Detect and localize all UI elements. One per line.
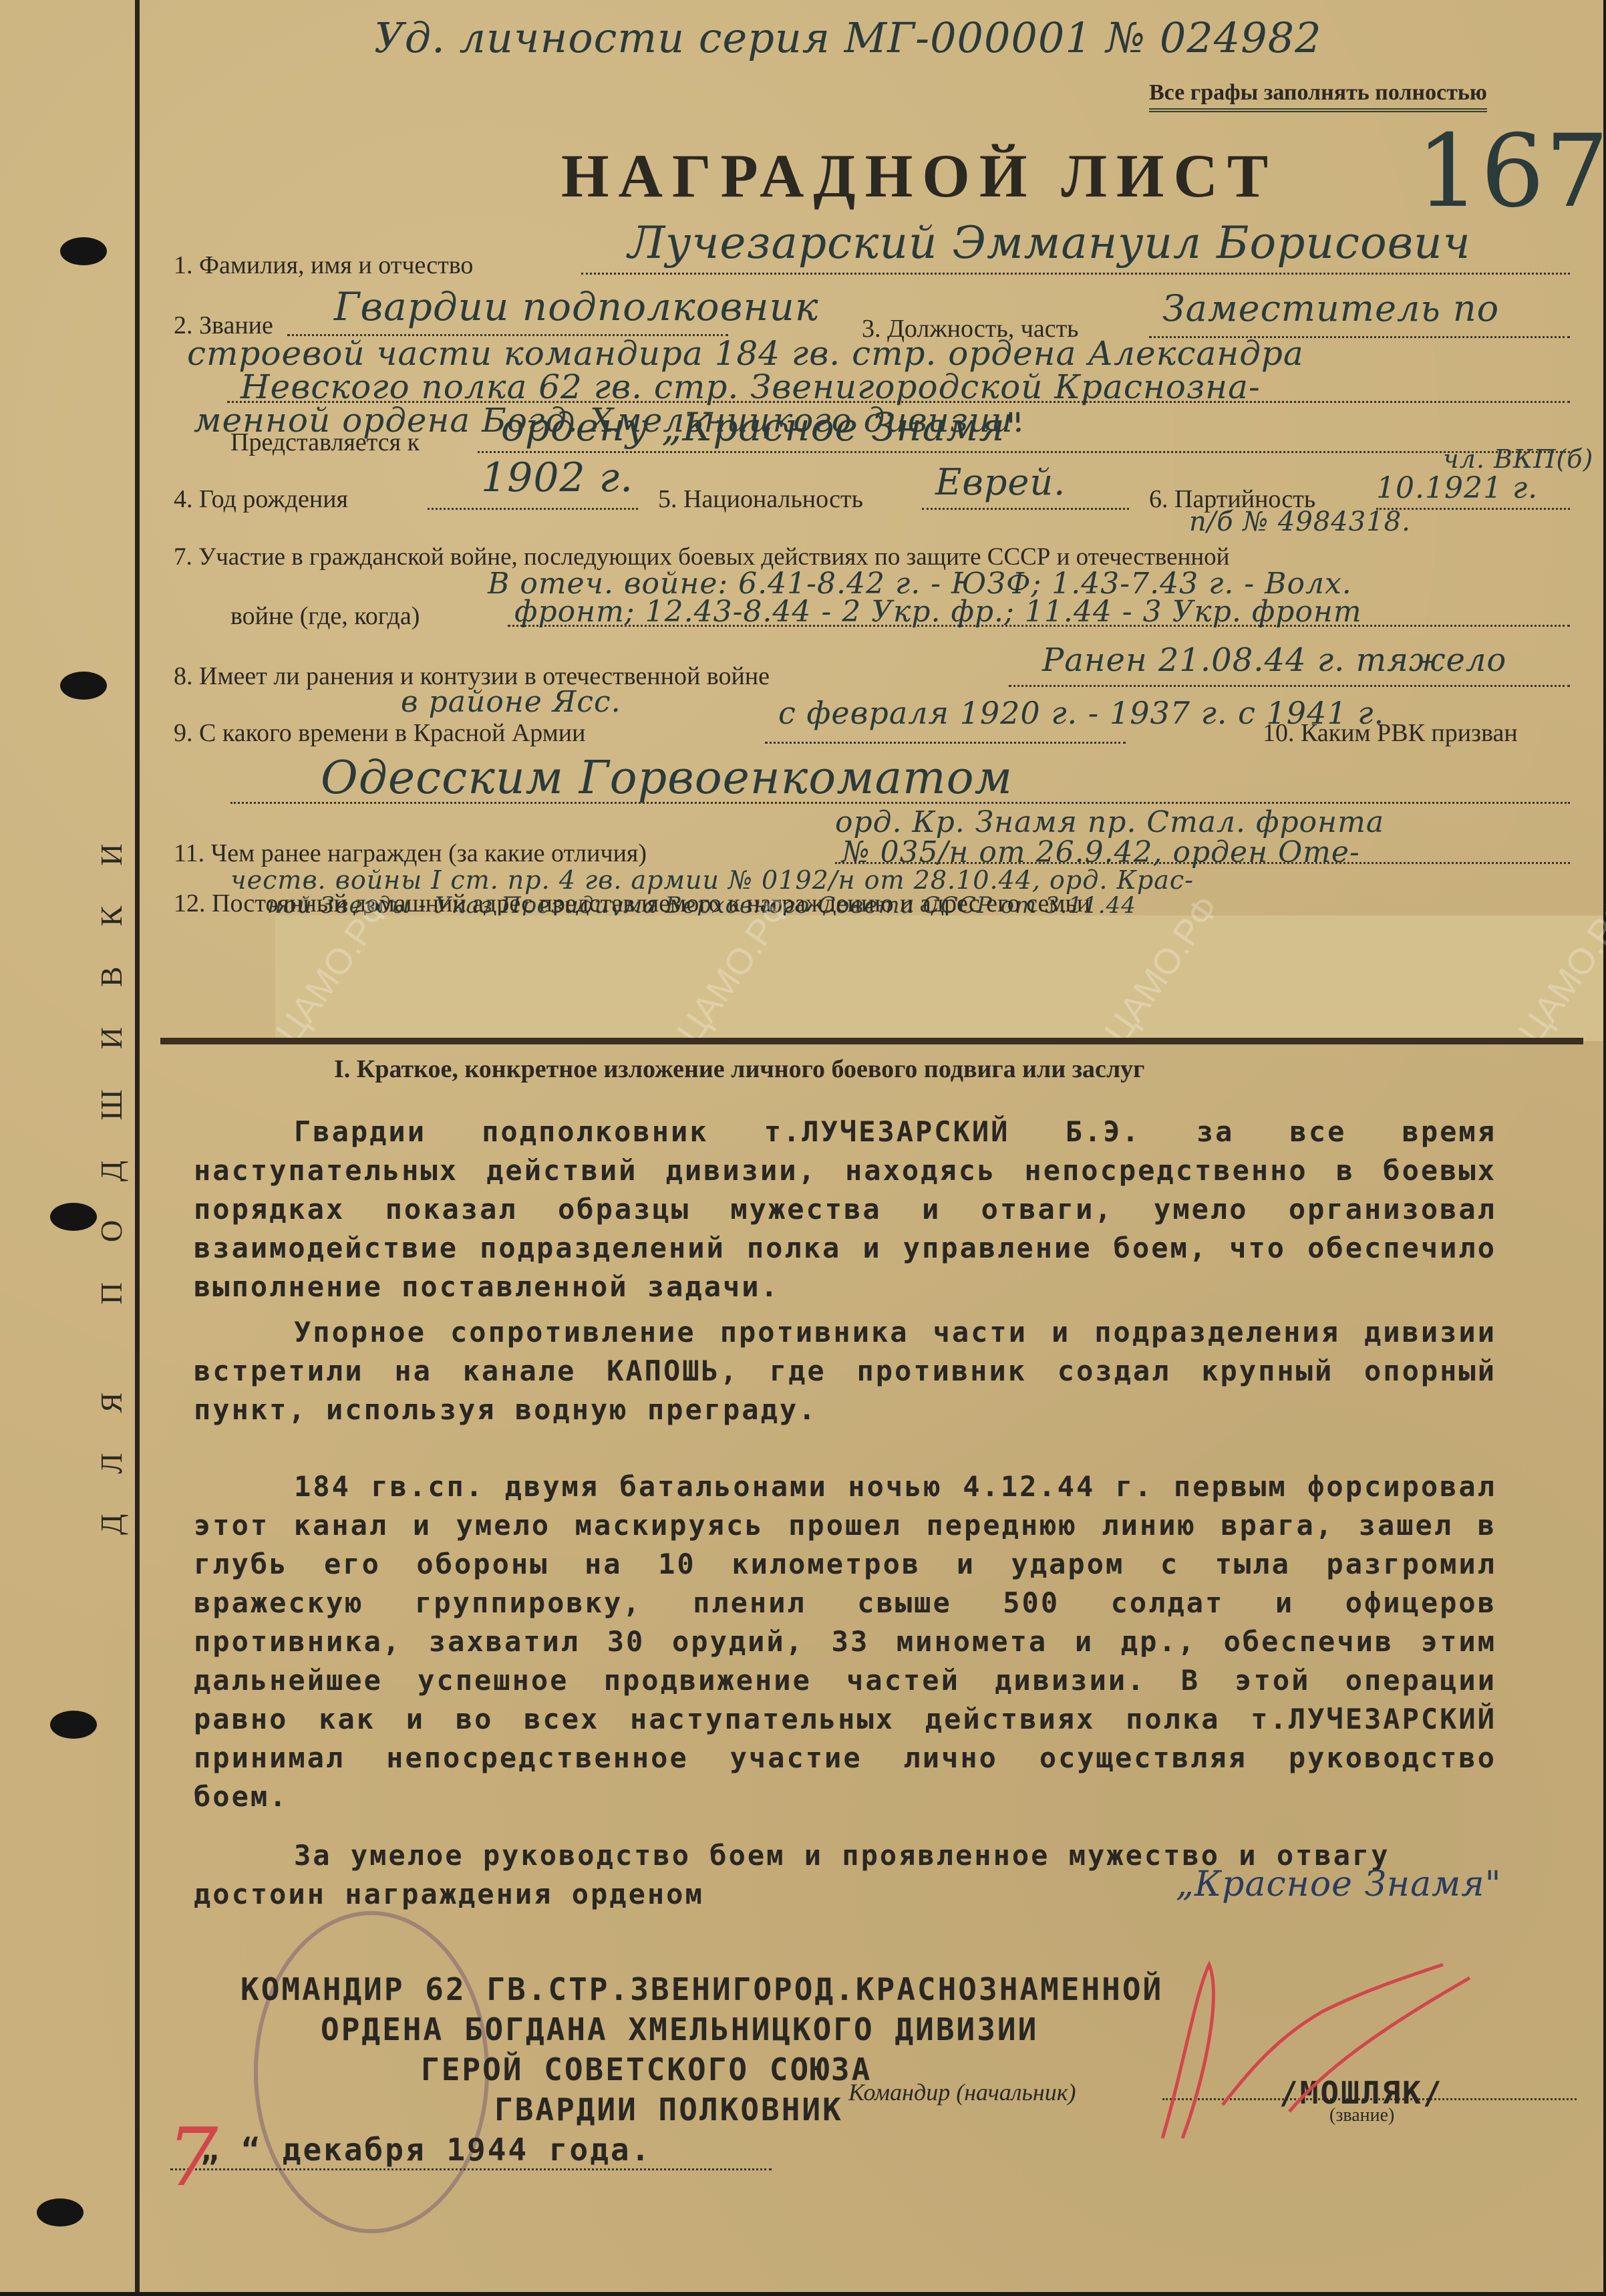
field-8-line xyxy=(1009,685,1570,687)
sheet-number: 167 xyxy=(1416,114,1606,230)
presented-label: Представляется к xyxy=(230,428,420,457)
margin-rule xyxy=(135,0,140,2292)
field-11-label: 11. Чем ранее награжден (за какие отличи… xyxy=(174,839,647,868)
field-9-line xyxy=(765,742,1126,744)
field-6-value-line3: п/б № 4984318. xyxy=(1189,507,1411,537)
narrative-paragraph-1: Гвардии подполковник т.ЛУЧЕЗАРСКИЙ Б.Э. … xyxy=(194,1113,1496,1306)
field-10-label: 10. Каким РВК призван xyxy=(1263,718,1518,748)
section-divider xyxy=(160,1038,1583,1044)
date-line xyxy=(170,2168,772,2170)
page-title: НАГРАДНОЙ ЛИСТ xyxy=(561,140,1277,211)
field-11-value-line2: № 035/н от 26.9.42, орден Оте- xyxy=(842,835,1360,869)
presented-line xyxy=(478,451,1570,453)
date-day-handwritten: 7 xyxy=(167,2112,218,2204)
field-3-value-line1: Заместитель по xyxy=(1162,287,1499,329)
field-10-value: Одесским Горвоенкоматом xyxy=(321,752,1013,805)
date-text: „ “ декабря 1944 года. xyxy=(200,2132,651,2168)
signature-line-1: КОМАНДИР 62 ГВ.СТР.ЗВЕНИГОРОД.КРАСНОЗНАМ… xyxy=(240,1971,1163,2007)
signature-line-3: ГЕРОЙ СОВЕТСКОГО СОЮЗА xyxy=(421,2051,872,2088)
field-7-value-line2: фронт; 12.43-8.44 - 2 Укр. фр.; 11.44 - … xyxy=(514,595,1362,629)
field-9-label: 9. С какого времени в Красной Армии xyxy=(174,718,585,748)
signature-line-4: ГВАРДИИ ПОЛКОВНИК xyxy=(494,2092,843,2128)
field-1-value: Лучезарский Эммануил Борисович xyxy=(628,217,1471,269)
field-4-line xyxy=(428,508,638,510)
redacted-address-block: ЦАМО.РФ ЦАМО.РФ ЦАМО.РФ ЦАМО.РФ xyxy=(275,915,1603,1041)
red-signature-icon xyxy=(1122,1938,1557,2158)
field-4-value: 1902 г. xyxy=(481,454,633,501)
field-11-value-line1: орд. Кр. Знамя пр. Стал. фронта xyxy=(835,805,1384,839)
field-1-line xyxy=(581,273,1570,275)
field-1-label: 1. Фамилия, имя и отчество xyxy=(174,251,473,280)
binding-hole-icon xyxy=(60,672,107,700)
binding-hole-icon xyxy=(50,1711,97,1739)
narrative-paragraph-2: Упорное сопротивление противника части и… xyxy=(194,1313,1496,1429)
award-sheet-document: ДЛЯ ПОДШИВКИ Уд. личности серия МГ-00000… xyxy=(0,0,1603,2292)
handwritten-order-name: „Красное Знамя" xyxy=(1176,1864,1502,1904)
field-5-value: Еврей. xyxy=(935,461,1066,503)
field-8-value-line2: в районе Ясс. xyxy=(401,685,621,719)
field-2-value: Гвардии подполковник xyxy=(334,284,819,329)
watermark: ЦАМО.РФ xyxy=(1510,888,1606,1051)
binding-hole-icon xyxy=(37,2198,84,2227)
field-8-value-line1: Ранен 21.08.44 г. тяжело xyxy=(1042,641,1506,679)
field-5-label: 5. Национальность xyxy=(658,484,863,514)
binding-hole-icon xyxy=(50,1203,97,1231)
field-6-value-line2: 10.1921 г. xyxy=(1376,471,1538,505)
id-note: Уд. личности серия МГ-000001 № 024982 xyxy=(374,13,1322,62)
narrative-paragraph-3: 184 гв.сп. двумя батальонами ночью 4.12.… xyxy=(194,1467,1496,1816)
field-7-label-line2: войне (где, когда) xyxy=(230,601,420,631)
presented-value: ордену „Красное Знамя" xyxy=(501,404,1024,450)
commander-label: Командир (начальник) xyxy=(848,2078,1076,2106)
field-4-label: 4. Год рождения xyxy=(174,484,348,514)
field-6-value-line1: чл. ВКП(б) xyxy=(1443,444,1593,474)
field-5-line xyxy=(922,508,1129,510)
signature-line-2: ОРДЕНА БОГДАНА ХМЕЛЬНИЦКОГО ДИВИЗИИ xyxy=(321,2011,1038,2047)
binding-hole-icon xyxy=(60,237,107,265)
instruction-note: Все графы заполнять полностью xyxy=(1149,80,1487,112)
section-heading: I. Краткое, конкретное изложение личного… xyxy=(334,1054,1144,1084)
margin-vertical-text: ДЛЯ ПОДШИВКИ xyxy=(94,601,120,1737)
field-12-label: 12. Постоянный домашний адрес представля… xyxy=(174,889,1090,918)
